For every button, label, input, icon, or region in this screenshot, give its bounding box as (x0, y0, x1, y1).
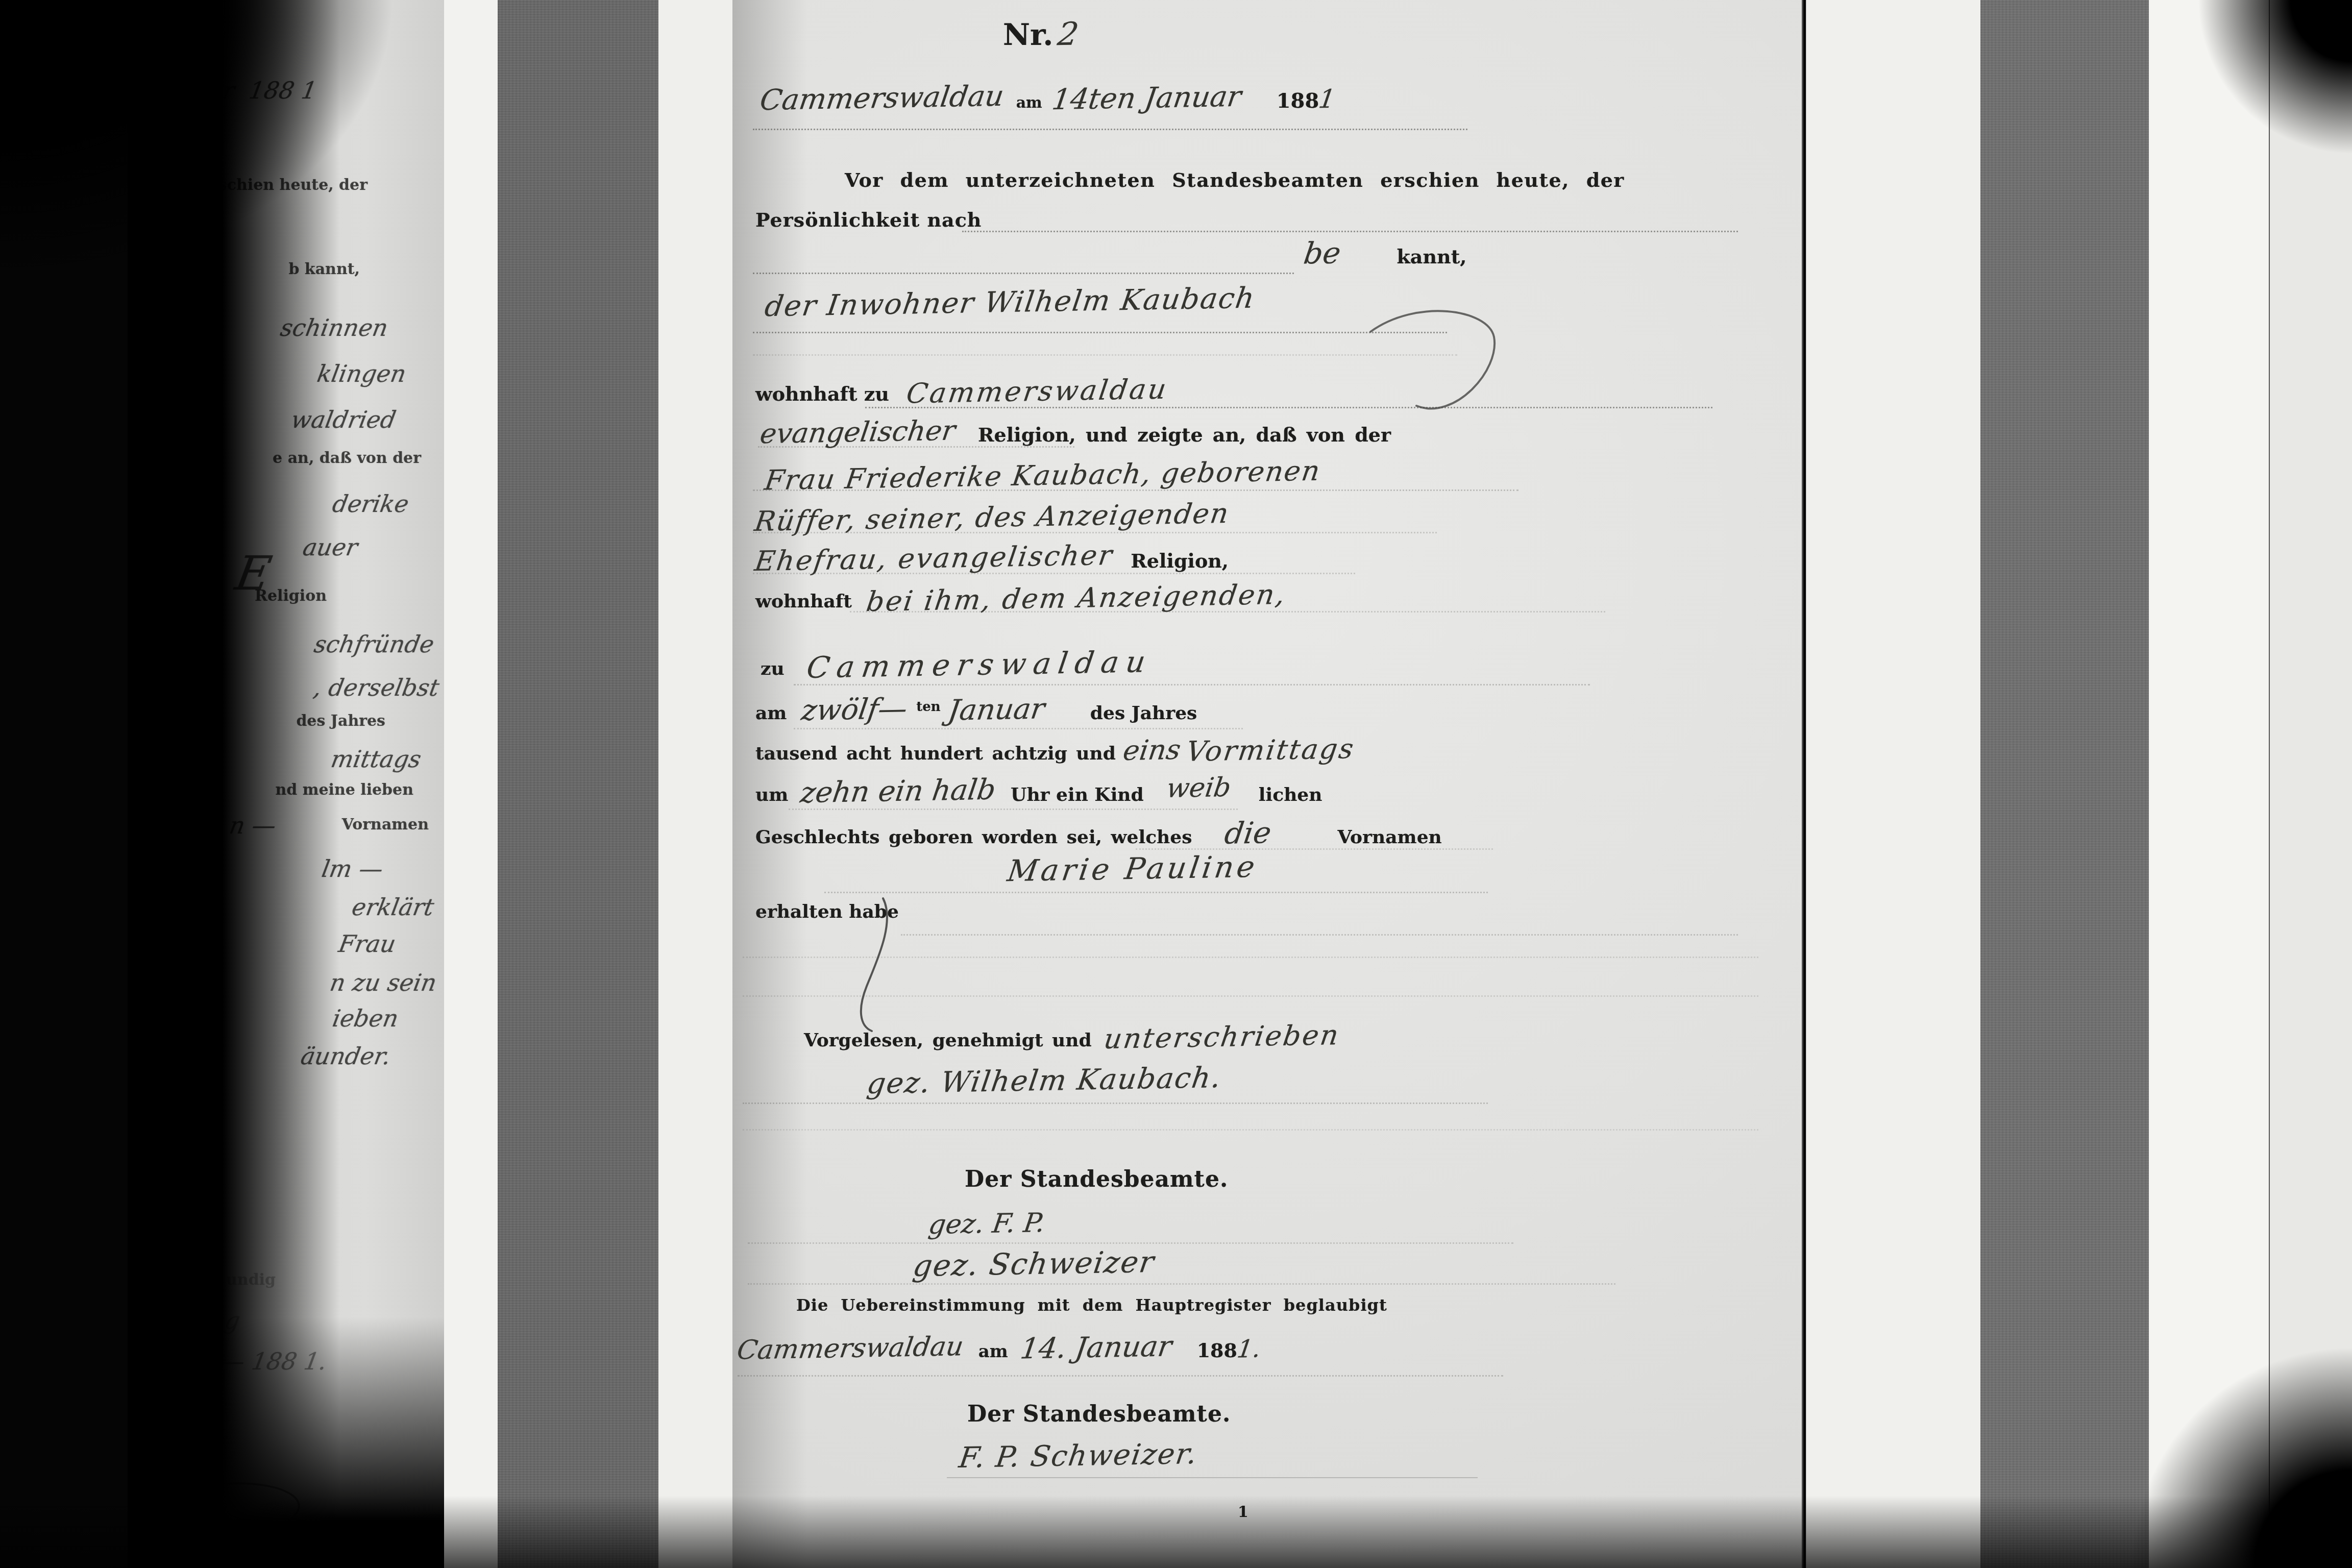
residence2-line: wohnhaft bei ihm, dem Anzeigenden, (755, 582, 1286, 614)
dotted-rule (738, 1374, 1503, 1377)
vorgelesen-print: Vorgelesen, genehmigt und (804, 1030, 1092, 1051)
intro-text: Vor dem unterzeichneten Standesbeamten e… (845, 168, 1625, 191)
bekannt-print: kannt, (1396, 245, 1466, 268)
declarant-line: der Inwohner Wilhelm Kaubach (766, 286, 1255, 319)
signature-underline (947, 1476, 1478, 1478)
dotted-rule (753, 128, 1467, 130)
die-hand: die (1223, 815, 1274, 851)
dateline: Cammerswaldau am 14ten Januar 188 1 (761, 82, 1335, 115)
cert-date: 14. Januar (1018, 1330, 1174, 1365)
registrar-heading-text: Der Standesbeamte. (965, 1166, 1228, 1192)
registrar-initials-line: gez. F. P. (929, 1209, 1045, 1239)
declarant-name: der Inwohner Wilhelm Kaubach (763, 282, 1257, 324)
residence-line: wohnhaft zu Cammerswaldau (755, 375, 1168, 407)
uhr-ein-kind-label: Uhr ein Kind (1011, 784, 1144, 805)
declarant-signature-line: gez. Wilhelm Kaubach. (868, 1064, 1221, 1097)
dateline-am: am (1016, 94, 1042, 112)
declarant-signature: gez. Wilhelm Kaubach. (865, 1061, 1224, 1100)
record-number-value: 2 (1056, 15, 1081, 53)
page-edge-strip (658, 0, 732, 1568)
cert-am: am (978, 1341, 1008, 1362)
record-number: Nr. 2 (1003, 15, 1079, 53)
dotted-rule (753, 331, 1447, 333)
film-vignette-top-right (2118, 0, 2352, 214)
dotted-rule (758, 445, 1074, 448)
child-name: Marie Pauline (1006, 849, 1260, 889)
birth-month-hand: Januar (946, 692, 1047, 727)
mother-line-2: Rüffer, seiner, des Anzeigenden (755, 501, 1229, 533)
closing-line: Vorgelesen, genehmigt und unterschrieben (804, 1021, 1339, 1053)
birthplace-value: Cammerswaldau (804, 644, 1155, 685)
religion-hand: evangelischer (758, 414, 958, 450)
dotted-rule (794, 683, 1590, 685)
dotted-rule (753, 272, 1294, 274)
birthplace-line: zu Cammerswaldau (761, 647, 1151, 682)
birth-certificate-page: Nr. 2 Cammerswaldau am 14ten Januar 188 … (732, 0, 1803, 1568)
microfilm-scan: { "doc": { "nr_label": "Nr.", "nr_value"… (0, 0, 2352, 1568)
persoenlichkeit-text: Persönlichkeit nach (755, 208, 982, 231)
dotted-rule (824, 891, 1488, 893)
cert-place: Cammerswaldau (735, 1331, 965, 1366)
certification-dateline: Cammerswaldau am 14. Januar 188 1. (738, 1331, 1261, 1364)
registrar-signature-1: gez. Schweizer (911, 1244, 1157, 1283)
religion2-print: Religion, (1131, 549, 1229, 572)
birth-day-hand: zwölf— (800, 692, 910, 727)
mother-line-1: Frau Friederike Kaubach, geborenen (766, 459, 1320, 492)
dotted-rule (850, 610, 1605, 612)
dotted-rule (1136, 847, 1493, 850)
religion-print: Religion, und zeigte an, daß von der (978, 423, 1391, 446)
dotted-rule (743, 1128, 1758, 1131)
dotted-rule (794, 727, 1243, 729)
birthtime-line: um zehn ein halb Uhr ein Kind weib liche… (755, 775, 1322, 808)
dateline-year: 188 (1277, 89, 1319, 113)
film-vignette-bottom (0, 1496, 2352, 1568)
dotted-rule (748, 1282, 1615, 1285)
registrar-heading-2: Der Standesbeamte. (967, 1401, 1231, 1427)
dotted-rule (865, 406, 1712, 408)
dotted-rule (753, 531, 1437, 533)
dotted-rule (748, 1241, 1513, 1244)
zu-label: zu (761, 658, 785, 679)
dateline-place: Cammerswaldau (758, 80, 1006, 117)
des-jahres-label: des Jahres (1090, 702, 1197, 724)
registrar-heading-1: Der Standesbeamte. (965, 1166, 1228, 1192)
sex-hand: weib (1164, 772, 1233, 804)
dotted-rule (743, 1101, 1488, 1104)
birthyear-line: tausend acht hundert achtzig und eins Vo… (755, 734, 1354, 766)
time-hand: zehn ein halb (798, 773, 998, 810)
dotted-rule (743, 955, 1758, 958)
film-gap-band (498, 0, 658, 1568)
bekannt-line: be kannt, (1304, 236, 1466, 271)
wohnhaft2-label: wohnhaft (755, 591, 852, 612)
am-label: am (755, 702, 787, 724)
geschlechts-print: Geschlechts geboren worden sei, welches (755, 826, 1192, 848)
certification-line: Die Uebereinstimmung mit dem Hauptregist… (796, 1295, 1387, 1315)
dotted-rule (743, 994, 1758, 997)
cert-year: 188 (1197, 1339, 1237, 1362)
dateline-day-month: 14ten Januar (1050, 80, 1243, 116)
daytime-hand: Vormittags (1184, 732, 1357, 768)
bekannt-hand: be (1302, 235, 1343, 271)
dotted-rule (753, 353, 1457, 356)
registrar-signature-line-1: gez. Schweizer (914, 1246, 1155, 1281)
lichen-suffix: lichen (1259, 784, 1322, 805)
registrar-signature-2: F. P. Schweizer. (957, 1437, 1200, 1475)
registrar-initials: gez. F. P. (926, 1208, 1047, 1240)
child-name-line: Marie Pauline (1008, 851, 1257, 886)
birthdate-line: am zwölf— ten Januar des Jahres (755, 693, 1197, 726)
vornamen-label: Vornamen (1337, 826, 1441, 848)
year-hand: eins (1121, 733, 1183, 767)
um-label: um (755, 784, 788, 805)
dotted-rule (789, 807, 1238, 810)
certification-text: Die Uebereinstimmung mit dem Hauptregist… (796, 1295, 1387, 1315)
intro-line: Vor dem unterzeichneten Standesbeamten e… (845, 168, 1625, 191)
wohnort-value: Cammerswaldau (904, 373, 1170, 410)
pen-flourish (1360, 301, 1513, 429)
film-vignette-top-left (0, 0, 454, 459)
dotted-rule (901, 933, 1738, 936)
record-number-label: Nr. (1003, 17, 1053, 52)
dotted-rule (962, 230, 1738, 232)
vorgelesen-hand: unterschrieben (1102, 1019, 1342, 1055)
wife-line: Ehefrau, evangelischer Religion, (755, 542, 1229, 574)
dotted-rule (753, 572, 1355, 574)
religion-line: evangelischer Religion, und zeigte an, d… (761, 416, 1391, 448)
registrar-signature-line-2: F. P. Schweizer. (960, 1439, 1197, 1473)
dotted-rule (753, 488, 1518, 491)
registrar-heading-text: Der Standesbeamte. (967, 1401, 1231, 1427)
year-words-print: tausend acht hundert achtzig und (755, 743, 1116, 764)
sex-sentence-line: Geschlechts geboren worden sei, welches … (755, 816, 1442, 850)
cert-year-digit: 1. (1235, 1335, 1263, 1364)
dateline-year-digit: 1 (1317, 84, 1337, 114)
ten-suffix: ten (916, 699, 940, 715)
pen-flourish (847, 894, 893, 1037)
wohnhaft-zu-label: wohnhaft zu (755, 382, 889, 405)
persoenlichkeit-line: Persönlichkeit nach (755, 208, 982, 231)
